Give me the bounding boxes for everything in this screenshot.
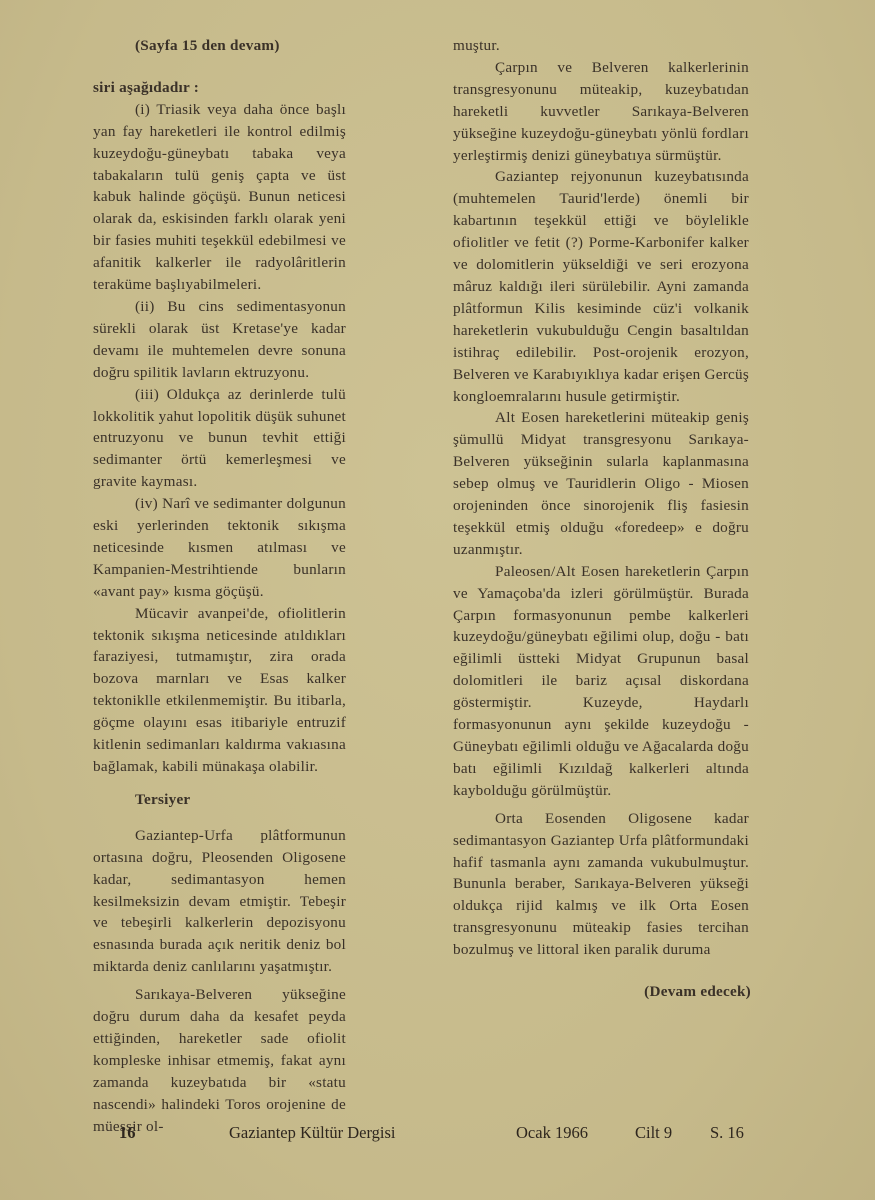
volume-number: Cilt 9: [635, 1123, 672, 1143]
right-column: muştur. Çarpın ve Belveren kalkerlerinin…: [453, 35, 749, 1003]
paragraph: siri aşağıdadır :: [93, 77, 346, 99]
paragraph: Sarıkaya-Belveren yükseğine doğru durum …: [93, 984, 346, 1137]
issue-number: S. 16: [710, 1123, 744, 1143]
paragraph-item-i: (i) Triasik veya daha önce başlı yan fay…: [93, 99, 346, 296]
publication-title: Gaziantep Kültür Dergisi: [229, 1123, 395, 1143]
left-column: (Sayfa 15 den devam) siri aşağıdadır : (…: [93, 35, 346, 1138]
paragraph: Çarpın ve Belveren kalkerlerinin transgr…: [453, 57, 749, 167]
continuation-from-note: (Sayfa 15 den devam): [93, 35, 346, 57]
paragraph: Mücavir avanpei'de, ofiolitlerin tektoni…: [93, 603, 346, 778]
section-heading-tersiyer: Tersiyer: [93, 789, 346, 811]
magazine-page: (Sayfa 15 den devam) siri aşağıdadır : (…: [0, 0, 875, 1200]
paragraph-item-iv: (iv) Narî ve sedimanter dolgunun eski ye…: [93, 493, 346, 603]
paragraph: muştur.: [453, 35, 749, 57]
page-footer: 16 Gaziantep Kültür Dergisi Ocak 1966 Ci…: [119, 1123, 759, 1147]
paragraph: Paleosen/Alt Eosen hareketlerin Çarpın v…: [453, 561, 749, 802]
continuation-to-text: (Devam edecek): [644, 981, 751, 1003]
paragraph: Alt Eosen hareketlerini müteakip geniş ş…: [453, 407, 749, 560]
page-number: 16: [119, 1123, 136, 1143]
continuation-to-note: (Devam edecek): [453, 981, 751, 1003]
paragraph: Orta Eosenden Oligosene kadar sedimantas…: [453, 808, 749, 961]
issue-date: Ocak 1966: [516, 1123, 588, 1143]
paragraph: Gaziantep rejyonunun kuzeybatısında (muh…: [453, 166, 749, 407]
paragraph-item-iii: (iii) Oldukça az derinlerde tulü lokkoli…: [93, 384, 346, 494]
paragraph: Gaziantep-Urfa plâtformunun ortasına doğ…: [93, 825, 346, 978]
paragraph-item-ii: (ii) Bu cins sedimentasyonun sürekli ola…: [93, 296, 346, 384]
